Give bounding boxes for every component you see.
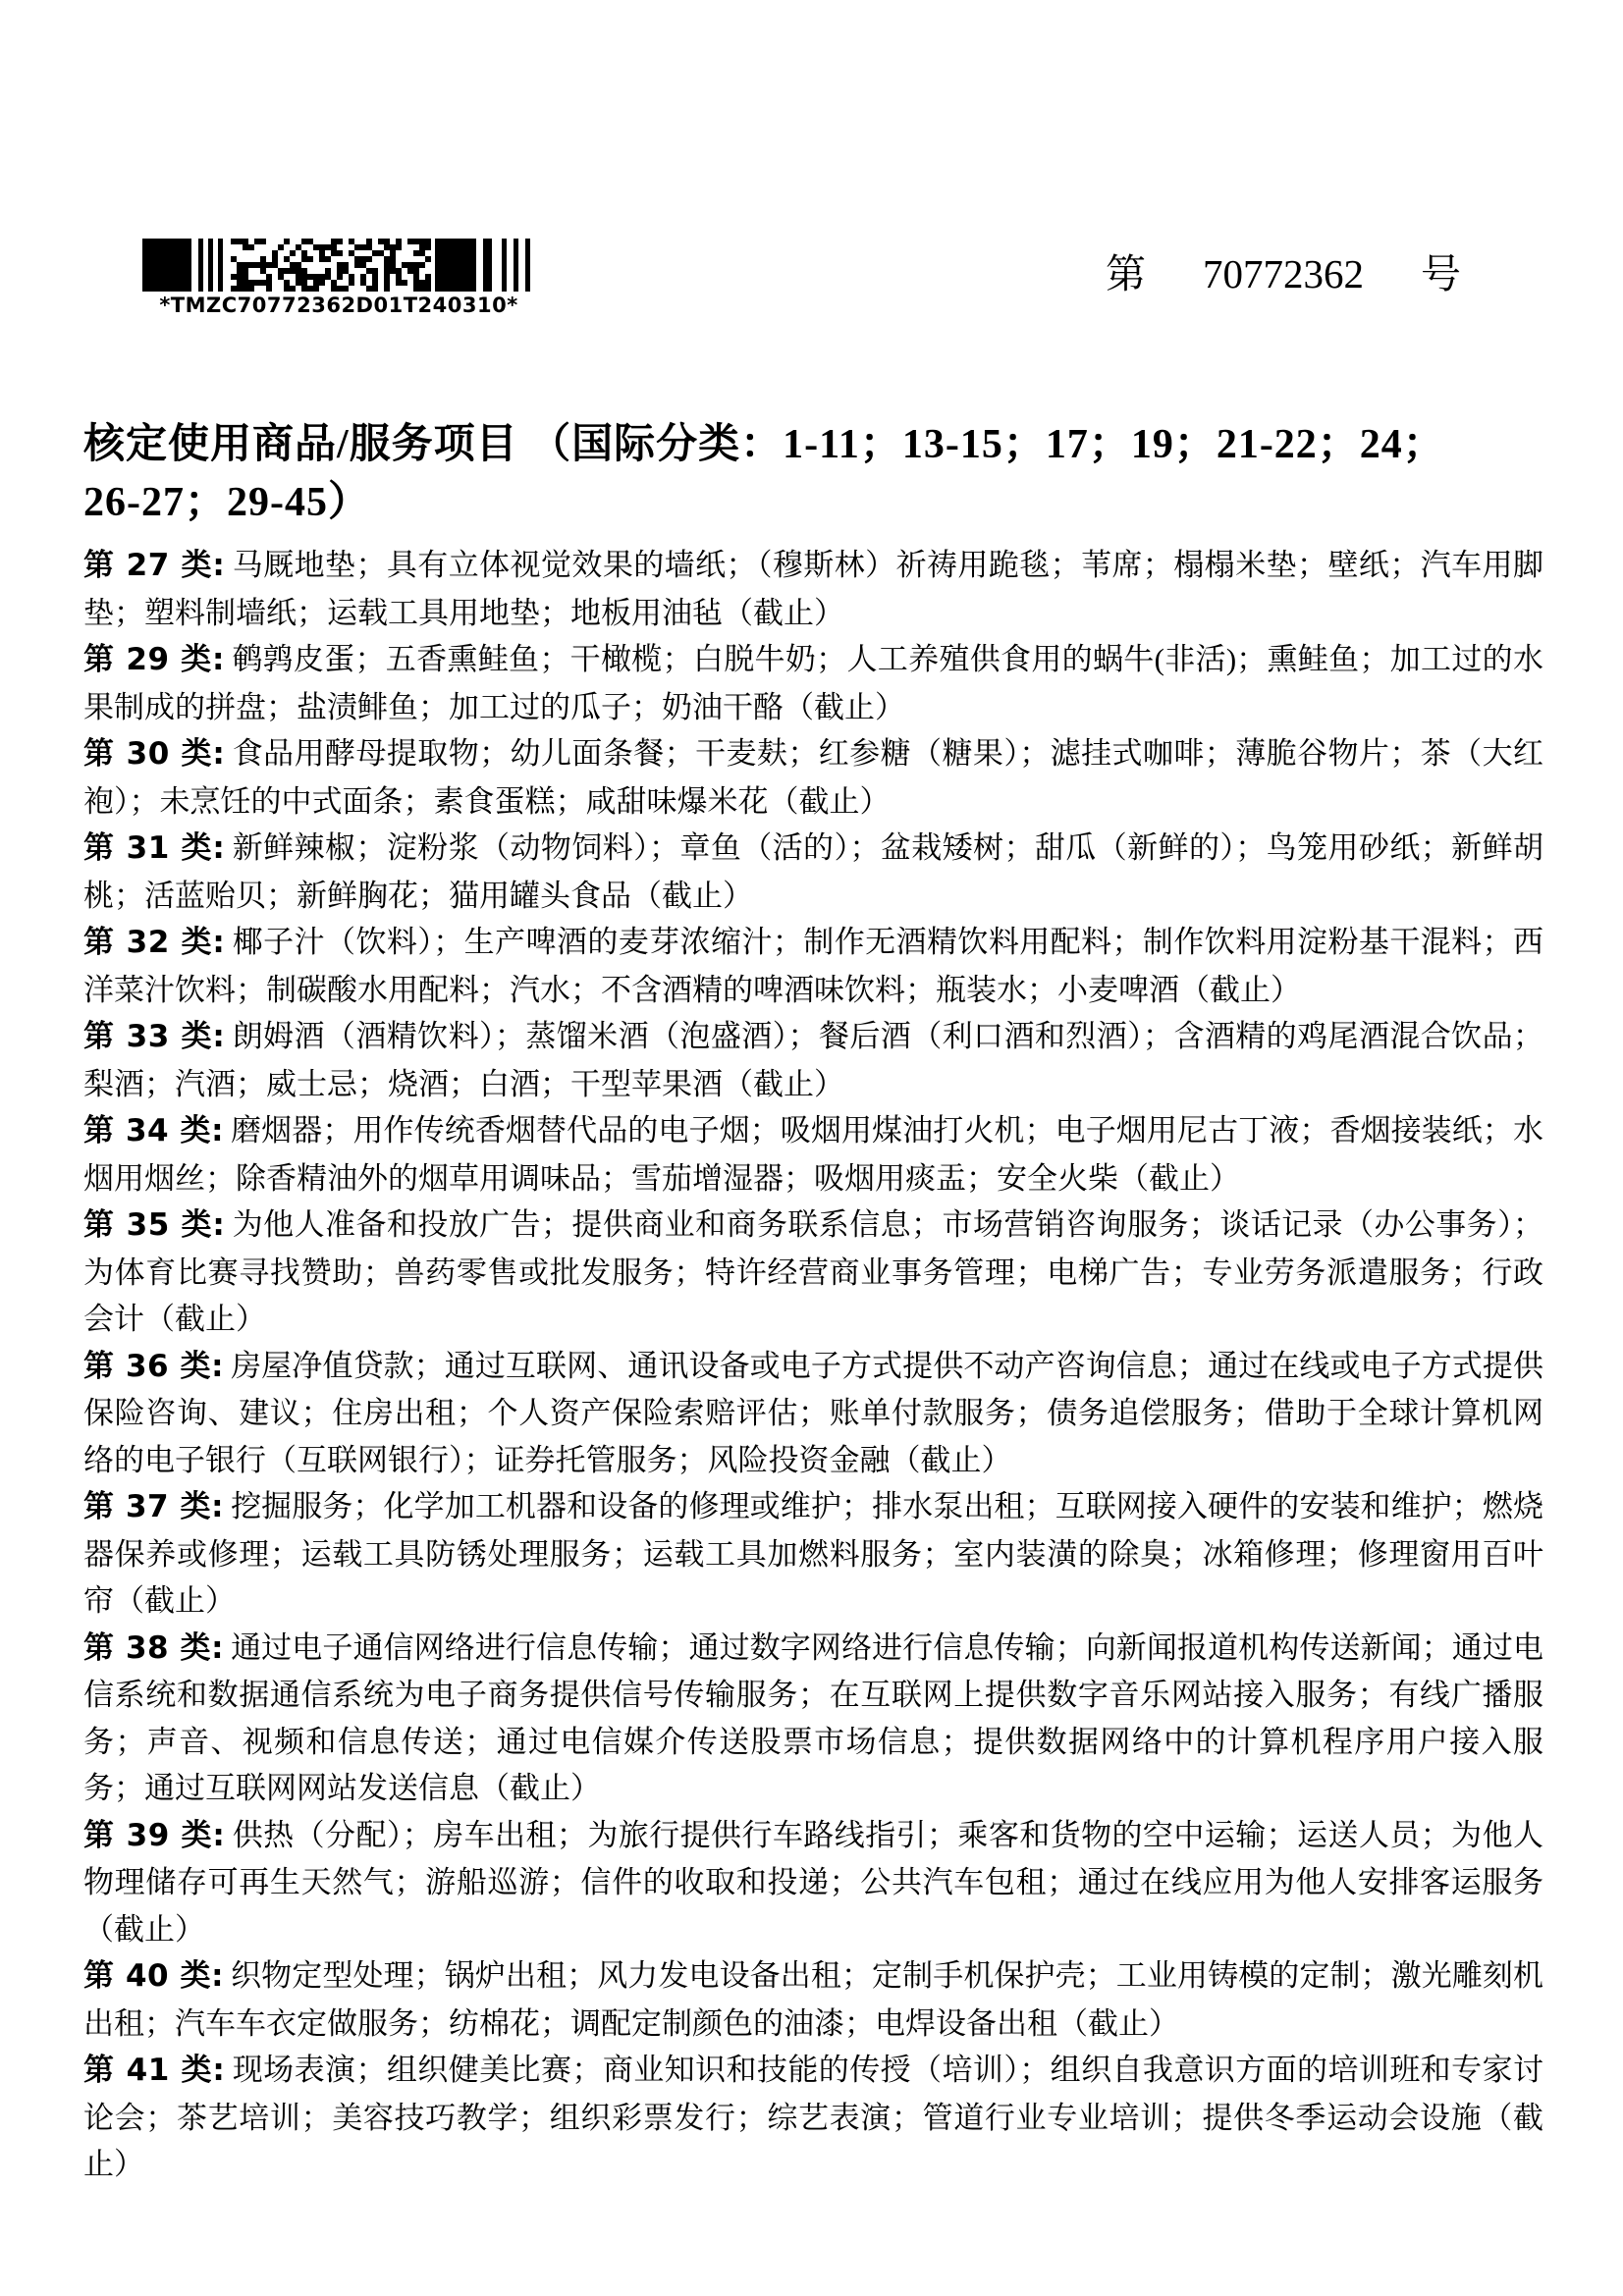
doc-number-value: 70772362 [1203,250,1364,297]
barcode-caption: *TMZC70772362D01T240310* [142,294,535,317]
class-item: 第 32 类:椰子汁（饮料）；生产啤酒的麦芽浓缩汁；制作无酒精饮料用配料；制作饮… [83,919,1543,1013]
class-label: 第 41 类: [83,2053,232,2088]
class-label: 第 27 类: [83,548,232,583]
class-item: 第 38 类:通过电子通信网络进行信息传输；通过数字网络进行信息传输；向新闻报道… [83,1625,1543,1812]
class-text: 磨烟器；用作传统香烟替代品的电子烟；吸烟用煤油打火机；电子烟用尼古丁液；香烟接装… [83,1113,1543,1196]
class-item: 第 27 类:马厩地垫；具有立体视觉效果的墙纸；（穆斯林）祈祷用跪毯；苇席；榻榻… [83,542,1543,636]
class-item: 第 31 类:新鲜辣椒；淀粉浆（动物饲料）；章鱼（活的）；盆栽矮树；甜瓜（新鲜的… [83,825,1543,919]
class-label: 第 37 类: [83,1489,231,1524]
class-item: 第 35 类:为他人准备和投放广告；提供商业和商务联系信息；市场营销咨询服务；谈… [83,1201,1543,1343]
class-text: 挖掘服务；化学加工机器和设备的修理或维护；排水泵出租；互联网接入硬件的安装和维护… [83,1489,1543,1618]
class-text: 织物定型处理；锅炉出租；风力发电设备出租；定制手机保护壳；工业用铸模的定制；激光… [83,1958,1543,2041]
class-label: 第 34 类: [83,1113,231,1148]
class-label: 第 29 类: [83,642,232,677]
class-text: 为他人准备和投放广告；提供商业和商务联系信息；市场营销咨询服务；谈话记录（办公事… [83,1207,1543,1336]
doc-number-suffix: 号 [1421,241,1461,299]
class-item: 第 39 类:供热（分配）；房车出租；为旅行提供行车路线指引；乘客和货物的空中运… [83,1812,1543,1953]
class-text: 马厩地垫；具有立体视觉效果的墙纸；（穆斯林）祈祷用跪毯；苇席；榻榻米垫；壁纸；汽… [83,548,1543,630]
class-label: 第 40 类: [83,1958,231,1994]
class-label: 第 38 类: [83,1630,231,1666]
class-item: 第 41 类:现场表演；组织健美比赛；商业知识和技能的传授（培训）；组织自我意识… [83,2047,1543,2188]
class-text: 供热（分配）；房车出租；为旅行提供行车路线指引；乘客和货物的空中运输；运送人员；… [83,1818,1543,1947]
class-item: 第 34 类:磨烟器；用作传统香烟替代品的电子烟；吸烟用煤油打火机；电子烟用尼古… [83,1107,1543,1201]
class-text: 朗姆酒（酒精饮料）；蒸馏米酒（泡盛酒）；餐后酒（利口酒和烈酒）；含酒精的鸡尾酒混… [83,1019,1543,1101]
certificate-page: *TMZC70772362D01T240310* 第 70772362 号 核定… [0,0,1623,2296]
class-item: 第 40 类:织物定型处理；锅炉出租；风力发电设备出租；定制手机保护壳；工业用铸… [83,1952,1543,2047]
class-label: 第 39 类: [83,1818,232,1853]
class-label: 第 30 类: [83,736,232,772]
class-label: 第 31 类: [83,830,232,866]
doc-number-prefix: 第 [1106,241,1146,299]
page-title: 核定使用商品/服务项目 （国际分类：1-11；13-15；17；19；21-22… [83,416,1488,532]
barcode-block: *TMZC70772362D01T240310* [142,239,535,317]
class-text: 现场表演；组织健美比赛；商业知识和技能的传授（培训）；组织自我意识方面的培训班和… [83,2053,1543,2181]
class-item: 第 37 类:挖掘服务；化学加工机器和设备的修理或维护；排水泵出租；互联网接入硬… [83,1483,1543,1625]
class-text: 通过电子通信网络进行信息传输；通过数字网络进行信息传输；向新闻报道机构传送新闻；… [83,1630,1543,1806]
class-label: 第 32 类: [83,925,232,960]
classes-list: 第 27 类:马厩地垫；具有立体视觉效果的墙纸；（穆斯林）祈祷用跪毯；苇席；榻榻… [83,542,1543,2188]
class-item: 第 36 类:房屋净值贷款；通过互联网、通讯设备或电子方式提供不动产咨询信息；通… [83,1343,1543,1484]
class-label: 第 36 类: [83,1349,231,1384]
class-item: 第 33 类:朗姆酒（酒精饮料）；蒸馏米酒（泡盛酒）；餐后酒（利口酒和烈酒）；含… [83,1013,1543,1107]
class-text: 鹌鹑皮蛋；五香熏鲑鱼；干橄榄；白脱牛奶；人工养殖供食用的蜗牛(非活)；熏鲑鱼；加… [83,642,1543,724]
class-text: 椰子汁（饮料）；生产啤酒的麦芽浓缩汁；制作无酒精饮料用配料；制作饮料用淀粉基干混… [83,925,1543,1007]
class-item: 第 30 类:食品用酵母提取物；幼儿面条餐；干麦麸；红参糖（糖果）；滤挂式咖啡；… [83,730,1543,825]
document-number: 第 70772362 号 [1106,241,1461,299]
class-text: 房屋净值贷款；通过互联网、通讯设备或电子方式提供不动产咨询信息；通过在线或电子方… [83,1349,1543,1477]
class-item: 第 29 类:鹌鹑皮蛋；五香熏鲑鱼；干橄榄；白脱牛奶；人工养殖供食用的蜗牛(非活… [83,636,1543,730]
barcode-image [142,239,535,292]
class-label: 第 33 类: [83,1019,232,1054]
class-text: 食品用酵母提取物；幼儿面条餐；干麦麸；红参糖（糖果）；滤挂式咖啡；薄脆谷物片；茶… [83,736,1543,819]
class-label: 第 35 类: [83,1207,232,1243]
class-text: 新鲜辣椒；淀粉浆（动物饲料）；章鱼（活的）；盆栽矮树；甜瓜（新鲜的）；鸟笼用砂纸… [83,830,1543,913]
